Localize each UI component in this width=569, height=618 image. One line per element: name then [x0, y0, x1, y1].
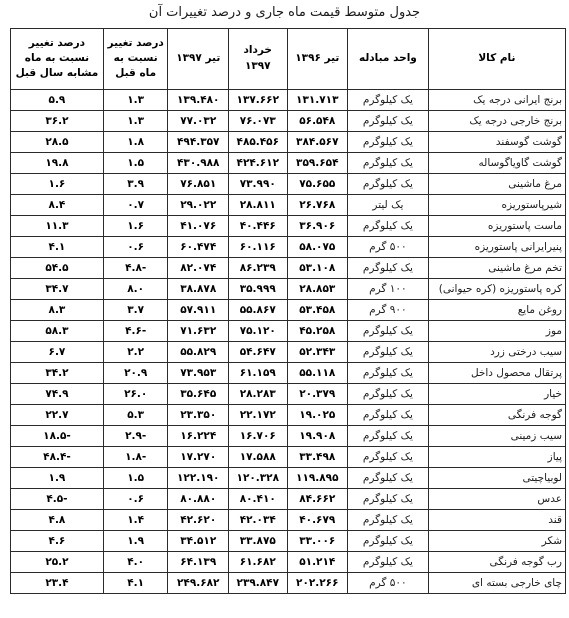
cell-name-text: کره پاستوریزه (کره حیوانی) [439, 283, 562, 295]
cell-pct-year: ۳۴.۷ [11, 278, 104, 299]
table-row: لوبیاچیتییک کیلوگرم۱۱۹.۸۹۵۱۲۰.۳۲۸۱۲۲.۱۹۰… [11, 467, 566, 488]
cell-pct-year-text: ۴.۶ [49, 535, 66, 547]
cell-name: روغن مایع [428, 299, 565, 320]
cell-pct-year: ۳۴.۲ [11, 362, 104, 383]
cell-name-text: خیار [544, 388, 562, 400]
cell-pct-year-text: ۱۹.۸ [45, 157, 68, 169]
cell-tir97: ۷۷.۰۳۲ [168, 110, 229, 131]
cell-pct-month: ۰.۶ [103, 488, 168, 509]
cell-pct-month-text: ۰.۶ [127, 241, 144, 253]
cell-tir96-text: ۸۴.۶۶۲ [299, 493, 335, 505]
cell-khordad97-text: ۴۲.۰۳۴ [240, 514, 276, 526]
cell-tir97-text: ۷۷.۰۳۲ [180, 115, 216, 127]
cell-tir97: ۵۷.۹۱۱ [168, 299, 229, 320]
cell-pct-year: ۵۴.۵ [11, 257, 104, 278]
cell-pct-month-text: ۲.۲ [127, 346, 144, 358]
cell-pct-month-text: ۲.۹- [125, 430, 146, 442]
cell-unit-text: یک کیلوگرم [363, 409, 413, 421]
cell-pct-year-text: ۴.۵- [46, 493, 67, 505]
cell-khordad97: ۸۰.۴۱۰ [229, 488, 288, 509]
cell-unit-text: یک کیلوگرم [363, 262, 413, 274]
cell-unit: ۱۰۰ گرم [348, 278, 429, 299]
cell-pct-year: ۶.۷ [11, 341, 104, 362]
cell-tir96-text: ۵۸.۰۷۵ [299, 241, 335, 253]
cell-name-text: ماست پاستوریزه [488, 220, 562, 232]
cell-tir97-text: ۳۸.۸۷۸ [180, 283, 216, 295]
cell-pct-year: ۸.۴ [11, 194, 104, 215]
cell-unit-text: یک کیلوگرم [363, 115, 413, 127]
cell-tir96-text: ۳۳.۴۹۸ [299, 451, 335, 463]
cell-unit-text: یک کیلوگرم [363, 367, 413, 379]
cell-khordad97-text: ۴۸۵.۴۵۶ [237, 136, 279, 148]
cell-pct-month: ۱.۶ [103, 215, 168, 236]
cell-khordad97: ۲۸.۸۱۱ [229, 194, 288, 215]
cell-tir96: ۷۵.۶۵۵ [287, 173, 348, 194]
cell-tir97-text: ۱۲۲.۱۹۰ [177, 472, 219, 484]
header-pct-change-year: درصد تغییر نسبت به ماه مشابه سال قبل [11, 28, 104, 89]
cell-tir96-text: ۵۱.۲۱۴ [299, 556, 335, 568]
cell-tir97: ۵۵.۸۲۹ [168, 341, 229, 362]
cell-pct-year-text: ۲۸.۵ [45, 136, 68, 148]
cell-pct-month: ۴.۸- [103, 257, 168, 278]
cell-name: تخم مرغ ماشینی [428, 257, 565, 278]
cell-tir96: ۵۲.۳۴۳ [287, 341, 348, 362]
cell-pct-year-text: ۲۲.۷ [45, 409, 68, 421]
cell-pct-month: ۱.۳ [103, 110, 168, 131]
cell-tir96: ۵۱.۲۱۴ [287, 551, 348, 572]
cell-pct-year-text: ۳۶.۲ [45, 115, 68, 127]
cell-unit-text: یک کیلوگرم [363, 346, 413, 358]
cell-tir96: ۲۸.۸۵۳ [287, 278, 348, 299]
cell-pct-year-text: ۱۱.۳ [45, 220, 68, 232]
cell-tir97: ۲۳.۳۵۰ [168, 404, 229, 425]
cell-name-text: گوشت گوسفند [496, 136, 562, 148]
cell-unit-text: یک کیلوگرم [363, 220, 413, 232]
cell-tir97-text: ۴۹۴.۳۵۷ [177, 136, 219, 148]
cell-pct-month-text: ۰.۷ [127, 199, 144, 211]
cell-tir97-text: ۷۶.۸۵۱ [180, 178, 216, 190]
cell-khordad97: ۷۵.۱۲۰ [229, 320, 288, 341]
cell-pct-year: ۴۸.۴- [11, 446, 104, 467]
cell-tir97-text: ۱۷.۲۷۰ [180, 451, 216, 463]
cell-name-text: رب گوجه فرنگی [490, 556, 562, 568]
cell-unit-text: یک کیلوگرم [363, 556, 413, 568]
cell-pct-month: ۳.۷ [103, 299, 168, 320]
cell-pct-year-text: ۲۳.۴ [45, 577, 68, 589]
cell-tir96: ۴۵.۲۵۸ [287, 320, 348, 341]
cell-unit: ۹۰۰ گرم [348, 299, 429, 320]
cell-pct-month-text: ۲۶.۰ [124, 388, 147, 400]
cell-unit: یک کیلوگرم [348, 320, 429, 341]
cell-pct-year-text: ۷۴.۹ [45, 388, 68, 400]
cell-name: لوبیاچیتی [428, 467, 565, 488]
cell-khordad97: ۶۰.۱۱۶ [229, 236, 288, 257]
cell-pct-month-text: ۱.۸- [125, 451, 146, 463]
cell-name-text: عدس [537, 493, 562, 505]
cell-pct-year-text: ۶.۷ [49, 346, 66, 358]
cell-tir96-text: ۴۰.۶۷۹ [299, 514, 335, 526]
table-body: برنج ایرانی درجه یکیک کیلوگرم۱۳۱.۷۱۳۱۳۷.… [11, 89, 566, 593]
table-row: مرغ ماشینییک کیلوگرم۷۵.۶۵۵۷۳.۹۹۰۷۶.۸۵۱۳.… [11, 173, 566, 194]
cell-khordad97: ۸۶.۲۳۹ [229, 257, 288, 278]
cell-pct-month: ۱.۴ [103, 509, 168, 530]
cell-pct-month-text: ۱.۵ [127, 472, 144, 484]
cell-khordad97: ۲۸.۲۸۳ [229, 383, 288, 404]
cell-khordad97-text: ۱۳۷.۶۶۲ [237, 94, 279, 106]
cell-tir97: ۳۸.۸۷۸ [168, 278, 229, 299]
cell-tir96: ۸۴.۶۶۲ [287, 488, 348, 509]
cell-unit: یک کیلوگرم [348, 110, 429, 131]
cell-tir96: ۵۸.۰۷۵ [287, 236, 348, 257]
cell-unit: یک لیتر [348, 194, 429, 215]
cell-unit: یک کیلوگرم [348, 362, 429, 383]
cell-pct-year: ۴.۶ [11, 530, 104, 551]
cell-pct-year-text: ۴۸.۴- [43, 451, 71, 463]
cell-unit-text: یک لیتر [372, 199, 403, 211]
table-row: پرتقال محصول داخلیک کیلوگرم۵۵.۱۱۸۶۱.۱۵۹۷… [11, 362, 566, 383]
cell-khordad97-text: ۴۲۴.۶۱۲ [237, 157, 279, 169]
cell-unit: یک کیلوگرم [348, 551, 429, 572]
cell-tir96: ۵۳.۱۰۸ [287, 257, 348, 278]
cell-tir96-text: ۲۰۲.۲۶۶ [296, 577, 338, 589]
cell-name-text: لوبیاچیتی [523, 472, 563, 484]
cell-pct-year: ۳۶.۲ [11, 110, 104, 131]
cell-tir97-text: ۱۳۹.۴۸۰ [177, 94, 219, 106]
cell-tir96-text: ۵۶.۵۴۸ [299, 115, 335, 127]
cell-pct-month: ۰.۶ [103, 236, 168, 257]
cell-tir96: ۵۵.۱۱۸ [287, 362, 348, 383]
cell-pct-month: ۱.۵ [103, 467, 168, 488]
table-row: پنیرایرانی پاستوریزه۵۰۰ گرم۵۸.۰۷۵۶۰.۱۱۶۶… [11, 236, 566, 257]
cell-name-text: برنج ایرانی درجه یک [473, 94, 562, 106]
cell-tir97-text: ۲۴۹.۶۸۲ [177, 577, 219, 589]
table-row: روغن مایع۹۰۰ گرم۵۳.۴۵۸۵۵.۸۶۷۵۷.۹۱۱۳.۷۸.۳ [11, 299, 566, 320]
cell-pct-month-text: ۴.۱ [127, 577, 144, 589]
cell-tir96-text: ۳۳.۰۰۶ [299, 535, 335, 547]
cell-name: برنج ایرانی درجه یک [428, 89, 565, 110]
cell-tir96: ۲۶.۷۶۸ [287, 194, 348, 215]
cell-khordad97: ۵۴.۶۴۷ [229, 341, 288, 362]
cell-pct-month-text: ۱.۸ [127, 136, 144, 148]
cell-unit-text: ۵۰۰ گرم [369, 241, 407, 253]
cell-tir96-text: ۱۳۱.۷۱۳ [296, 94, 338, 106]
cell-pct-month-text: ۱.۵ [127, 157, 144, 169]
cell-khordad97: ۷۳.۹۹۰ [229, 173, 288, 194]
header-khordad-1397: خرداد ۱۳۹۷ [229, 28, 288, 89]
cell-tir96-text: ۵۲.۳۴۳ [299, 346, 335, 358]
table-row: قندیک کیلوگرم۴۰.۶۷۹۴۲.۰۳۴۴۲.۶۲۰۱.۴۴.۸ [11, 509, 566, 530]
cell-name-text: گوجه فرنگی [508, 409, 562, 421]
cell-unit-text: یک کیلوگرم [363, 94, 413, 106]
cell-unit: یک کیلوگرم [348, 152, 429, 173]
cell-pct-month: ۱.۸- [103, 446, 168, 467]
cell-name: خیار [428, 383, 565, 404]
cell-name: عدس [428, 488, 565, 509]
header-tir-1397: تیر ۱۳۹۷ [168, 28, 229, 89]
cell-tir97-text: ۷۱.۶۳۲ [180, 325, 216, 337]
cell-tir97-text: ۴۳۰.۹۸۸ [177, 157, 219, 169]
cell-pct-year: ۴.۱ [11, 236, 104, 257]
cell-tir97-text: ۷۳.۹۵۳ [180, 367, 216, 379]
cell-pct-month: ۱.۹ [103, 530, 168, 551]
table-row: چای خارجی بسته ای۵۰۰ گرم۲۰۲.۲۶۶۲۳۹.۸۴۷۲۴… [11, 572, 566, 593]
cell-pct-year: ۲۸.۵ [11, 131, 104, 152]
cell-unit: یک کیلوگرم [348, 425, 429, 446]
table-row: موزیک کیلوگرم۴۵.۲۵۸۷۵.۱۲۰۷۱.۶۳۲۴.۶-۵۸.۳ [11, 320, 566, 341]
cell-pct-month-text: ۸.۰ [127, 283, 144, 295]
cell-tir97-text: ۵۵.۸۲۹ [180, 346, 216, 358]
cell-tir96: ۳۸۴.۵۶۷ [287, 131, 348, 152]
cell-unit: ۵۰۰ گرم [348, 572, 429, 593]
cell-pct-month: ۱.۸ [103, 131, 168, 152]
cell-unit-text: یک کیلوگرم [363, 430, 413, 442]
price-table: نام کالا واحد مبادله تیر ۱۳۹۶ خرداد ۱۳۹۷… [10, 28, 566, 594]
cell-pct-month-text: ۱.۹ [127, 535, 144, 547]
cell-unit-text: یک کیلوگرم [363, 535, 413, 547]
cell-tir96-text: ۱۱۹.۸۹۵ [296, 472, 338, 484]
cell-unit: یک کیلوگرم [348, 383, 429, 404]
cell-name: گوشت گوسفند [428, 131, 565, 152]
cell-unit: یک کیلوگرم [348, 467, 429, 488]
cell-khordad97-text: ۷۵.۱۲۰ [240, 325, 276, 337]
cell-pct-month-text: ۰.۶ [127, 493, 144, 505]
cell-pct-year: ۴.۵- [11, 488, 104, 509]
cell-khordad97: ۳۵.۹۹۹ [229, 278, 288, 299]
cell-pct-year-text: ۵۸.۳ [45, 325, 68, 337]
cell-tir97-text: ۶۴.۱۳۹ [180, 556, 216, 568]
cell-tir97: ۶۴.۱۳۹ [168, 551, 229, 572]
cell-khordad97-text: ۶۱.۶۸۲ [240, 556, 276, 568]
table-row: شیرپاستوریزهیک لیتر۲۶.۷۶۸۲۸.۸۱۱۲۹.۰۲۲۰.۷… [11, 194, 566, 215]
cell-khordad97-text: ۸۶.۲۳۹ [240, 262, 276, 274]
cell-pct-month-text: ۵.۳ [127, 409, 144, 421]
cell-tir97-text: ۶۰.۴۷۴ [180, 241, 216, 253]
cell-name-text: سیب درختی زرد [490, 346, 562, 358]
cell-pct-month-text: ۱.۳ [127, 94, 144, 106]
cell-khordad97: ۱۷.۵۸۸ [229, 446, 288, 467]
cell-pct-year-text: ۵۴.۵ [45, 262, 68, 274]
cell-unit: یک کیلوگرم [348, 488, 429, 509]
cell-tir96: ۴۰.۶۷۹ [287, 509, 348, 530]
cell-pct-year-text: ۴.۱ [49, 241, 66, 253]
cell-tir97-text: ۵۷.۹۱۱ [180, 304, 216, 316]
cell-unit-text: یک کیلوگرم [363, 325, 413, 337]
cell-name: مرغ ماشینی [428, 173, 565, 194]
cell-khordad97-text: ۷۳.۹۹۰ [240, 178, 276, 190]
cell-tir97: ۴۹۴.۳۵۷ [168, 131, 229, 152]
table-row: سیب زمینییک کیلوگرم۱۹.۹۰۸۱۶.۷۰۶۱۶.۲۲۴۲.۹… [11, 425, 566, 446]
cell-tir97-text: ۴۲.۶۲۰ [180, 514, 216, 526]
table-row: برنج خارجی درجه یکیک کیلوگرم۵۶.۵۴۸۷۶.۰۷۳… [11, 110, 566, 131]
cell-tir97: ۲۹.۰۲۲ [168, 194, 229, 215]
cell-pct-year-text: ۳۴.۷ [45, 283, 68, 295]
cell-name: گوجه فرنگی [428, 404, 565, 425]
table-row: سیب درختی زردیک کیلوگرم۵۲.۳۴۳۵۴.۶۴۷۵۵.۸۲… [11, 341, 566, 362]
cell-pct-year: ۱۸.۵- [11, 425, 104, 446]
header-exchange-unit: واحد مبادله [348, 28, 429, 89]
cell-khordad97-text: ۵۴.۶۴۷ [240, 346, 276, 358]
cell-tir97: ۳۴.۵۱۲ [168, 530, 229, 551]
cell-tir96: ۵۶.۵۴۸ [287, 110, 348, 131]
table-row: عدسیک کیلوگرم۸۴.۶۶۲۸۰.۴۱۰۸۰.۸۸۰۰.۶۴.۵- [11, 488, 566, 509]
cell-unit-text: ۹۰۰ گرم [369, 304, 407, 316]
cell-pct-year-text: ۴.۸ [49, 514, 66, 526]
table-row: تخم مرغ ماشینییک کیلوگرم۵۳.۱۰۸۸۶.۲۳۹۸۲.۰… [11, 257, 566, 278]
cell-khordad97: ۷۶.۰۷۳ [229, 110, 288, 131]
cell-tir96: ۱۱۹.۸۹۵ [287, 467, 348, 488]
cell-tir96-text: ۲۶.۷۶۸ [299, 199, 335, 211]
cell-tir96: ۱۹.۹۰۸ [287, 425, 348, 446]
cell-tir97: ۳۵.۶۴۵ [168, 383, 229, 404]
cell-pct-month: ۳.۹ [103, 173, 168, 194]
cell-tir97: ۶۰.۴۷۴ [168, 236, 229, 257]
cell-pct-year: ۵.۹ [11, 89, 104, 110]
cell-unit-text: یک کیلوگرم [363, 136, 413, 148]
cell-khordad97: ۱۶.۷۰۶ [229, 425, 288, 446]
page-title: جدول متوسط قیمت ماه جاری و درصد تغییرات … [0, 0, 569, 23]
cell-khordad97-text: ۳۵.۹۹۹ [240, 283, 276, 295]
cell-pct-month-text: ۱.۳ [127, 115, 144, 127]
cell-name: رب گوجه فرنگی [428, 551, 565, 572]
cell-unit: یک کیلوگرم [348, 404, 429, 425]
cell-pct-month: ۸.۰ [103, 278, 168, 299]
cell-tir96: ۱۳۱.۷۱۳ [287, 89, 348, 110]
cell-tir97-text: ۳۴.۵۱۲ [180, 535, 216, 547]
cell-unit: یک کیلوگرم [348, 173, 429, 194]
cell-unit-text: یک کیلوگرم [363, 472, 413, 484]
cell-tir97: ۴۱.۰۷۶ [168, 215, 229, 236]
cell-tir96: ۵۳.۴۵۸ [287, 299, 348, 320]
cell-khordad97: ۱۲۰.۳۲۸ [229, 467, 288, 488]
cell-pct-month: ۲۶.۰ [103, 383, 168, 404]
cell-pct-year: ۱۱.۳ [11, 215, 104, 236]
cell-tir97: ۴۲.۶۲۰ [168, 509, 229, 530]
cell-pct-year: ۴.۸ [11, 509, 104, 530]
cell-name: پیاز [428, 446, 565, 467]
cell-name-text: مرغ ماشینی [508, 178, 562, 190]
cell-unit: یک کیلوگرم [348, 530, 429, 551]
cell-pct-month-text: ۱.۴ [127, 514, 144, 526]
cell-tir97: ۸۲.۰۷۴ [168, 257, 229, 278]
cell-name-text: پنیرایرانی پاستوریزه [475, 241, 562, 253]
cell-pct-year-text: ۸.۳ [49, 304, 66, 316]
cell-pct-month: ۴.۰ [103, 551, 168, 572]
cell-khordad97: ۲۲.۱۷۲ [229, 404, 288, 425]
cell-pct-month: ۱.۳ [103, 89, 168, 110]
cell-khordad97: ۱۳۷.۶۶۲ [229, 89, 288, 110]
cell-pct-month: ۲۰.۹ [103, 362, 168, 383]
cell-tir97: ۷۳.۹۵۳ [168, 362, 229, 383]
cell-pct-year: ۲۳.۴ [11, 572, 104, 593]
cell-tir96: ۳۳.۴۹۸ [287, 446, 348, 467]
cell-tir97: ۱۳۹.۴۸۰ [168, 89, 229, 110]
cell-unit-text: یک کیلوگرم [363, 178, 413, 190]
cell-name-text: برنج خارجی درجه یک [469, 115, 562, 127]
cell-unit: یک کیلوگرم [348, 89, 429, 110]
cell-khordad97-text: ۲۳۹.۸۴۷ [237, 577, 279, 589]
cell-name: قند [428, 509, 565, 530]
cell-pct-year: ۲۵.۲ [11, 551, 104, 572]
table-row: گوشت گوسفندیک کیلوگرم۳۸۴.۵۶۷۴۸۵.۴۵۶۴۹۴.۳… [11, 131, 566, 152]
cell-khordad97: ۲۳۹.۸۴۷ [229, 572, 288, 593]
cell-tir96: ۲۰۲.۲۶۶ [287, 572, 348, 593]
cell-pct-month: ۰.۷ [103, 194, 168, 215]
cell-khordad97-text: ۷۶.۰۷۳ [240, 115, 276, 127]
cell-pct-month-text: ۴.۸- [125, 262, 146, 274]
cell-pct-month-text: ۲۰.۹ [124, 367, 147, 379]
cell-name-text: پیاز [548, 451, 562, 463]
header-tir-1396: تیر ۱۳۹۶ [287, 28, 348, 89]
cell-tir96-text: ۵۵.۱۱۸ [299, 367, 335, 379]
cell-tir97: ۴۳۰.۹۸۸ [168, 152, 229, 173]
cell-unit: یک کیلوگرم [348, 257, 429, 278]
cell-unit-text: یک کیلوگرم [363, 514, 413, 526]
cell-tir96: ۲۰.۳۷۹ [287, 383, 348, 404]
cell-tir97-text: ۸۲.۰۷۴ [180, 262, 216, 274]
table-row: برنج ایرانی درجه یکیک کیلوگرم۱۳۱.۷۱۳۱۳۷.… [11, 89, 566, 110]
cell-tir96: ۱۹.۰۲۵ [287, 404, 348, 425]
cell-pct-year-text: ۲۵.۲ [45, 556, 68, 568]
cell-pct-month: ۵.۳ [103, 404, 168, 425]
cell-name-text: سیب زمینی [511, 430, 562, 442]
cell-unit-text: یک کیلوگرم [363, 451, 413, 463]
cell-pct-month-text: ۳.۹ [127, 178, 144, 190]
cell-tir97: ۸۰.۸۸۰ [168, 488, 229, 509]
cell-khordad97-text: ۱۲۰.۳۲۸ [237, 472, 279, 484]
cell-khordad97-text: ۶۱.۱۵۹ [240, 367, 276, 379]
cell-tir97: ۲۴۹.۶۸۲ [168, 572, 229, 593]
cell-pct-year-text: ۵.۹ [49, 94, 66, 106]
cell-khordad97-text: ۱۷.۵۸۸ [240, 451, 276, 463]
table-row: پیازیک کیلوگرم۳۳.۴۹۸۱۷.۵۸۸۱۷.۲۷۰۱.۸-۴۸.۴… [11, 446, 566, 467]
cell-khordad97-text: ۵۵.۸۶۷ [240, 304, 276, 316]
cell-tir96-text: ۳۶.۹۰۶ [299, 220, 335, 232]
table-row: گوشت گاویاگوسالهیک کیلوگرم۳۵۹.۶۵۴۴۲۴.۶۱۲… [11, 152, 566, 173]
cell-name: موز [428, 320, 565, 341]
cell-khordad97-text: ۴۰.۴۴۶ [240, 220, 276, 232]
cell-tir96: ۳۳.۰۰۶ [287, 530, 348, 551]
cell-tir97-text: ۲۳.۳۵۰ [180, 409, 216, 421]
cell-tir97: ۷۱.۶۳۲ [168, 320, 229, 341]
cell-tir97-text: ۳۵.۶۴۵ [180, 388, 216, 400]
cell-tir97: ۱۶.۲۲۴ [168, 425, 229, 446]
cell-khordad97: ۵۵.۸۶۷ [229, 299, 288, 320]
cell-pct-year: ۸.۳ [11, 299, 104, 320]
cell-tir96-text: ۲۰.۳۷۹ [299, 388, 335, 400]
cell-unit: ۵۰۰ گرم [348, 236, 429, 257]
cell-name: شیرپاستوریزه [428, 194, 565, 215]
cell-pct-year-text: ۱.۶ [49, 178, 66, 190]
cell-khordad97-text: ۲۸.۸۱۱ [240, 199, 276, 211]
cell-tir96-text: ۳۸۴.۵۶۷ [296, 136, 338, 148]
table-row: کره پاستوریزه (کره حیوانی)۱۰۰ گرم۲۸.۸۵۳۳… [11, 278, 566, 299]
cell-tir96-text: ۷۵.۶۵۵ [299, 178, 335, 190]
cell-pct-year-text: ۸.۴ [49, 199, 66, 211]
cell-unit: یک کیلوگرم [348, 215, 429, 236]
cell-name: پرتقال محصول داخل [428, 362, 565, 383]
cell-unit-text: ۱۰۰ گرم [369, 283, 407, 295]
cell-khordad97: ۴۲.۰۳۴ [229, 509, 288, 530]
cell-tir96-text: ۱۹.۰۲۵ [299, 409, 335, 421]
cell-name-text: روغن مایع [518, 304, 562, 316]
cell-tir96-text: ۱۹.۹۰۸ [299, 430, 335, 442]
cell-name-text: شیرپاستوریزه [501, 199, 562, 211]
cell-tir96-text: ۳۵۹.۶۵۴ [296, 157, 338, 169]
cell-pct-year: ۵۸.۳ [11, 320, 104, 341]
cell-pct-year-text: ۱۸.۵- [43, 430, 71, 442]
cell-tir96-text: ۵۳.۴۵۸ [299, 304, 335, 316]
cell-tir97-text: ۲۹.۰۲۲ [180, 199, 216, 211]
